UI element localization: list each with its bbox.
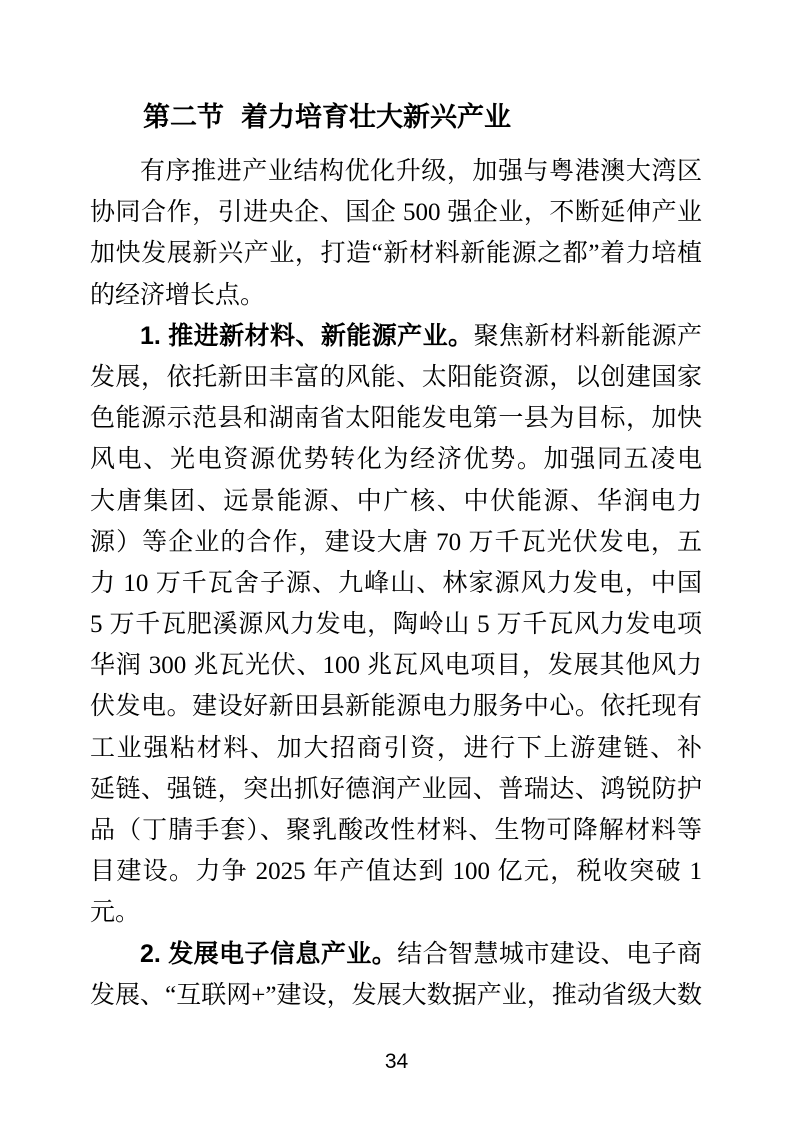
document-page: 第二节着力培育壮大新兴产业 有序推进产业结构优化升级，加强与粤港澳大湾区的 协同… <box>0 0 793 1122</box>
text-line: 目建设。力争 2025 年产值达到 100 亿元，税收突破 1 亿 <box>90 851 702 892</box>
text-line: 大唐集团、远景能源、中广核、中伏能源、华润电力（涟 <box>90 481 702 522</box>
text-line: 5 万千瓦肥溪源风力发电，陶岭山 5 万千瓦风力发电项目， <box>90 604 702 645</box>
text-line: 伏发电。建设好新田县新能源电力服务中心。依托现有的 <box>90 686 702 727</box>
text-line: 延链、强链，突出抓好德润产业园、普瑞达、鸿锐防护用 <box>90 769 702 810</box>
page-number: 34 <box>0 1048 793 1075</box>
text-line: 风电、光电资源优势转化为经济优势。加强同五凌电力、 <box>90 439 702 480</box>
text-run: 源）等企业的合作，建设大唐 70 万千瓦光伏发电，五凌电 <box>90 529 702 563</box>
text-line: 有序推进产业结构优化升级，加强与粤港澳大湾区的 <box>90 151 702 192</box>
text-line: 1. 推进新材料、新能源产业。聚焦新材料新能源产业 <box>90 316 702 357</box>
text-run: 力 10 万千瓦舍子源、九峰山、林家源风力发电，中国电建 <box>90 570 702 604</box>
text-run: 目建设。力争 2025 年产值达到 100 亿元，税收突破 1 亿 <box>90 858 702 892</box>
text-run: 5 万千瓦肥溪源风力发电，陶岭山 5 万千瓦风力发电项目， <box>90 611 702 645</box>
text-run: 工业强粘材料、加大招商引资，进行下上游建链、补链、 <box>90 735 702 769</box>
text-line: 工业强粘材料、加大招商引资，进行下上游建链、补链、 <box>90 728 702 769</box>
text-line: 色能源示范县和湖南省太阳能发电第一县为目标，加快把 <box>90 398 702 439</box>
document-body: 有序推进产业结构优化升级，加强与粤港澳大湾区的 协同合作，引进央企、国企 500… <box>90 151 702 1016</box>
section-heading: 第二节着力培育壮大新兴产业 <box>143 100 511 134</box>
text-line: 的经济增长点。 <box>90 275 702 316</box>
text-run: 品（丁腈手套）、聚乳酸改性材料、生物可降解材料等项 <box>90 817 702 851</box>
text-run: 元。 <box>90 899 140 926</box>
text-line: 力 10 万千瓦舍子源、九峰山、林家源风力发电，中国电建 <box>90 563 702 604</box>
text-run: 华润 300 兆瓦光伏、100 兆瓦风电项目，发展其他风力光 <box>90 652 702 686</box>
text-run: 加快发展新兴产业，打造“新材料新能源之都”着力培植新 <box>90 240 702 274</box>
text-run: 发展、“互联网+”建设，发展大数据产业，推动省级大数 <box>90 982 702 1009</box>
text-run: 协同合作，引进央企、国企 500 强企业，不断延伸产业链。 <box>90 199 702 233</box>
text-run: 色能源示范县和湖南省太阳能发电第一县为目标，加快把 <box>90 405 702 439</box>
text-run: 的经济增长点。 <box>90 282 265 309</box>
text-line: 源）等企业的合作，建设大唐 70 万千瓦光伏发电，五凌电 <box>90 522 702 563</box>
text-run: 大唐集团、远景能源、中广核、中伏能源、华润电力（涟 <box>90 488 702 522</box>
text-line: 加快发展新兴产业，打造“新材料新能源之都”着力培植新 <box>90 233 702 274</box>
numbered-item-lead: 2. 发展电子信息产业。 <box>140 940 397 968</box>
text-run: 延链、强链，突出抓好德润产业园、普瑞达、鸿锐防护用 <box>90 776 702 810</box>
text-line: 品（丁腈手套）、聚乳酸改性材料、生物可降解材料等项 <box>90 810 702 851</box>
text-line: 元。 <box>90 892 702 933</box>
text-line: 发展、“互联网+”建设，发展大数据产业，推动省级大数 <box>90 975 702 1016</box>
section-title: 着力培育壮大新兴产业 <box>241 102 511 132</box>
text-run: 发展，依托新田丰富的风能、太阳能资源，以创建国家绿 <box>90 364 702 398</box>
text-run: 风电、光电资源优势转化为经济优势。加强同五凌电力、 <box>90 446 702 480</box>
text-line: 2. 发展电子信息产业。结合智慧城市建设、电子商务 <box>90 934 702 975</box>
text-line: 华润 300 兆瓦光伏、100 兆瓦风电项目，发展其他风力光 <box>90 645 702 686</box>
text-line: 发展，依托新田丰富的风能、太阳能资源，以创建国家绿 <box>90 357 702 398</box>
section-number: 第二节 <box>143 102 224 132</box>
numbered-item-lead: 1. 推进新材料、新能源产业。 <box>140 322 473 350</box>
text-run: 伏发电。建设好新田县新能源电力服务中心。依托现有的 <box>90 693 702 727</box>
text-line: 协同合作，引进央企、国企 500 强企业，不断延伸产业链。 <box>90 192 702 233</box>
text-run: 有序推进产业结构优化升级，加强与粤港澳大湾区的 <box>90 158 702 192</box>
